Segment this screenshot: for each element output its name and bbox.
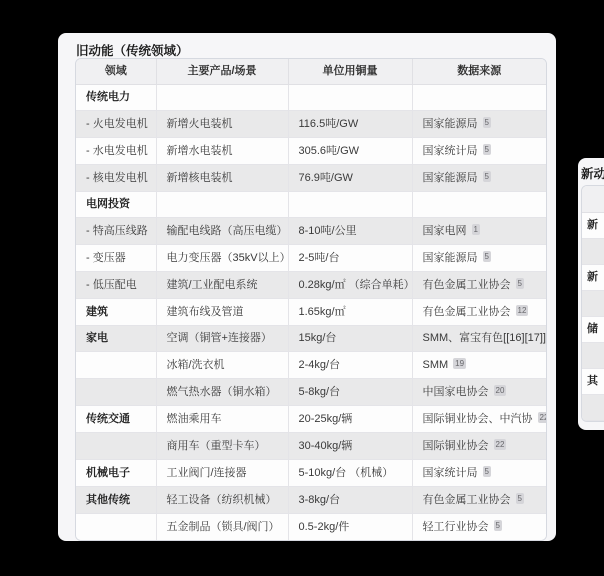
fragment-row [582,239,604,265]
source-text: 国家能源局 [423,172,478,184]
table-row: - 变压器电力变压器（35kV以上）2-5吨/台国家能源局5 [76,245,546,272]
cell-field: 机械电子 [76,460,156,487]
cell-source: SMM19 [412,352,546,379]
cell-field: - 变压器 [76,245,156,272]
table-row: 传统电力 [76,85,546,111]
cell-product: 电力变压器（35kV以上） [156,245,288,272]
cell-product: 商用车（重型卡车） [156,433,288,460]
cell-field: - 水电发电机 [76,138,156,165]
cell-unit: 0.28kg/㎡ （综合单耗） [288,272,412,299]
old-momentum-card: 旧动能（传统领域） 领域主要产品/场景单位用铜量数据来源 传统电力- 火电发电机… [58,33,556,541]
cell-field: 其他传统 [76,487,156,514]
cell-product: 新增火电装机 [156,111,288,138]
cell-unit: 8-10吨/公里 [288,218,412,245]
fragment-table: 新新储其 [581,185,604,422]
cell-unit: 30-40kg/辆 [288,433,412,460]
cell-unit [288,85,412,111]
cell-field: 传统交通 [76,406,156,433]
cell-unit: 5-10kg/台 （机械） [288,460,412,487]
table-row: - 低压配电建筑/工业配电系统0.28kg/㎡ （综合单耗）有色金属工业协会5 [76,272,546,299]
source-text: SMM、富宝有色[[16][17]] [423,332,546,344]
cell-unit: 2-5吨/台 [288,245,412,272]
cell-unit: 305.6吨/GW [288,138,412,165]
citation-badge: 19 [453,358,466,369]
table-row: 家电空调（铜管+连接器）15kg/台SMM、富宝有色[[16][17]] [76,326,546,352]
cell-field: - 低压配电 [76,272,156,299]
citation-badge: 5 [516,278,524,289]
cell-unit: 5-8kg/台 [288,379,412,406]
source-text: 国家能源局 [423,118,478,130]
cell-source: 轻工行业协会5 [412,514,546,541]
column-header-unit: 单位用铜量 [288,59,412,85]
cell-product [156,85,288,111]
citation-badge: 5 [483,251,491,262]
copper-table-wrap: 领域主要产品/场景单位用铜量数据来源 传统电力- 火电发电机新增火电装机116.… [75,58,547,541]
fragment-row: 新 [582,213,604,239]
cell-field: - 特高压线路 [76,218,156,245]
source-text: 有色金属工业协会 [423,494,511,506]
citation-badge: 22 [538,412,547,423]
cell-source: 国际铜业协会、中汽协22 [412,406,546,433]
table-row: 冰箱/洗衣机2-4kg/台SMM19 [76,352,546,379]
cell-field: 家电 [76,326,156,352]
card-title: 旧动能（传统领域） [76,41,189,59]
cell-field: 电网投资 [76,192,156,218]
cell-unit: 15kg/台 [288,326,412,352]
cell-product [156,192,288,218]
cell-unit: 76.9吨/GW [288,165,412,192]
fragment-row [582,395,604,421]
table-body: 传统电力- 火电发电机新增火电装机116.5吨/GW国家能源局5- 水电发电机新… [76,85,546,541]
fragment-row: 其 [582,369,604,395]
cell-field [76,514,156,541]
fragment-table-body: 新新储其 [582,213,604,421]
cell-product: 燃气热水器（铜水箱） [156,379,288,406]
fragment-row: 储 [582,317,604,343]
cell-product: 燃油乘用车 [156,406,288,433]
table-row: - 特高压线路输配电线路（高压电缆）8-10吨/公里国家电网1 [76,218,546,245]
citation-badge: 5 [483,117,491,128]
table-row: - 火电发电机新增火电装机116.5吨/GW国家能源局5 [76,111,546,138]
cell-product: 轻工设备（纺织机械） [156,487,288,514]
cell-field [76,352,156,379]
cell-unit: 1.65kg/㎡ [288,299,412,326]
cell-source: 有色金属工业协会5 [412,487,546,514]
table-row: 机械电子工业阀门/连接器5-10kg/台 （机械）国家统计局5 [76,460,546,487]
cell-product: 新增核电装机 [156,165,288,192]
source-text: 国际铜业协会、中汽协 [423,413,533,425]
source-text: 国家电网 [423,225,467,237]
source-text: 有色金属工业协会 [423,306,511,318]
cell-field: 建筑 [76,299,156,326]
table-row: 电网投资 [76,192,546,218]
source-text: 有色金属工业协会 [423,279,511,291]
cell-source: 国家能源局5 [412,111,546,138]
citation-badge: 12 [516,305,529,316]
cell-unit: 20-25kg/辆 [288,406,412,433]
cell-source [412,192,546,218]
cell-source [412,85,546,111]
cell-source: 有色金属工业协会5 [412,272,546,299]
source-text: 轻工行业协会 [423,521,489,533]
cell-product: 建筑布线及管道 [156,299,288,326]
citation-badge: 1 [472,224,480,235]
cell-unit [288,192,412,218]
fragment-row: 新 [582,265,604,291]
table-row: 传统交通燃油乘用车20-25kg/辆国际铜业协会、中汽协22 [76,406,546,433]
cell-source: 有色金属工业协会12 [412,299,546,326]
cell-product: 空调（铜管+连接器） [156,326,288,352]
table-row: - 核电发电机新增核电装机76.9吨/GW国家能源局5 [76,165,546,192]
column-header-source: 数据来源 [412,59,546,85]
cell-product: 工业阀门/连接器 [156,460,288,487]
fragment-card-title: 新动 [581,164,604,182]
table-row: - 水电发电机新增水电装机305.6吨/GW国家统计局5 [76,138,546,165]
column-header-field: 领域 [76,59,156,85]
citation-badge: 20 [494,385,507,396]
citation-badge: 5 [483,144,491,155]
cell-product: 冰箱/洗衣机 [156,352,288,379]
cell-field: - 核电发电机 [76,165,156,192]
table-row: 燃气热水器（铜水箱）5-8kg/台中国家电协会20 [76,379,546,406]
fragment-header-row [582,186,604,213]
copper-usage-table: 领域主要产品/场景单位用铜量数据来源 传统电力- 火电发电机新增火电装机116.… [76,59,546,540]
cell-field: - 火电发电机 [76,111,156,138]
new-momentum-card-fragment: 新动 新新储其 [578,158,604,430]
table-row: 五金制品（锁具/阀门）0.5-2kg/件轻工行业协会5 [76,514,546,541]
cell-unit: 3-8kg/台 [288,487,412,514]
cell-field [76,433,156,460]
cell-field: 传统电力 [76,85,156,111]
cell-product: 建筑/工业配电系统 [156,272,288,299]
column-header-product: 主要产品/场景 [156,59,288,85]
source-text: 国际铜业协会 [423,440,489,452]
cell-source: 国家统计局5 [412,138,546,165]
cell-product: 输配电线路（高压电缆） [156,218,288,245]
source-text: 中国家电协会 [423,386,489,398]
cell-source: 国家能源局5 [412,165,546,192]
table-row: 其他传统轻工设备（纺织机械）3-8kg/台有色金属工业协会5 [76,487,546,514]
cell-source: 国际铜业协会22 [412,433,546,460]
table-row: 商用车（重型卡车）30-40kg/辆国际铜业协会22 [76,433,546,460]
citation-badge: 5 [516,493,524,504]
citation-badge: 5 [494,520,502,531]
table-head: 领域主要产品/场景单位用铜量数据来源 [76,59,546,85]
fragment-row [582,343,604,369]
source-text: 国家统计局 [423,467,478,479]
fragment-row [582,291,604,317]
citation-badge: 5 [483,466,491,477]
cell-source: SMM、富宝有色[[16][17]] [412,326,546,352]
cell-source: 中国家电协会20 [412,379,546,406]
header-row: 领域主要产品/场景单位用铜量数据来源 [76,59,546,85]
cell-source: 国家能源局5 [412,245,546,272]
source-text: 国家统计局 [423,145,478,157]
table-row: 建筑建筑布线及管道1.65kg/㎡有色金属工业协会12 [76,299,546,326]
cell-unit: 2-4kg/台 [288,352,412,379]
cell-unit: 0.5-2kg/件 [288,514,412,541]
cell-source: 国家统计局5 [412,460,546,487]
source-text: 国家能源局 [423,252,478,264]
cell-product: 新增水电装机 [156,138,288,165]
source-text: SMM [423,359,449,371]
citation-badge: 22 [494,439,507,450]
citation-badge: 5 [483,171,491,182]
cell-product: 五金制品（锁具/阀门） [156,514,288,541]
cell-field [76,379,156,406]
cell-source: 国家电网1 [412,218,546,245]
cell-unit: 116.5吨/GW [288,111,412,138]
